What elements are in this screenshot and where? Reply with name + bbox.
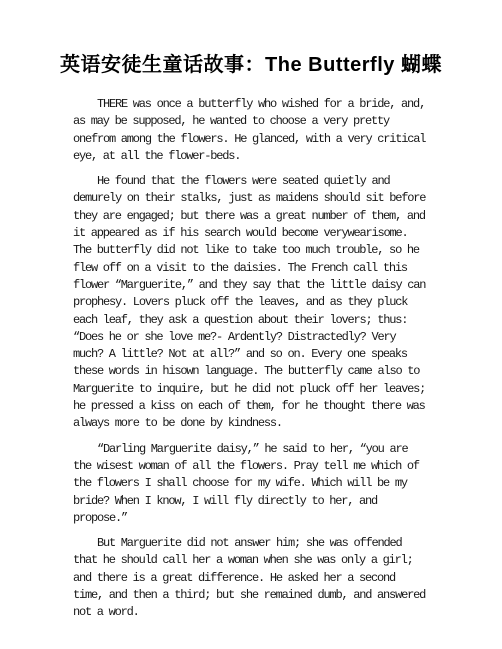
story-paragraph-2: He found that the flowers were seated qu… <box>73 173 429 432</box>
page-title: 英语安徒生童话故事：The Butterfly 蝴蝶 <box>33 50 469 80</box>
story-paragraph-1: THERE was once a butterfly who wished fo… <box>73 96 429 165</box>
story-paragraph-3: “Darling Marguerite daisy,” he said to h… <box>73 441 429 527</box>
story-paragraph-4: But Marguerite did not answer him; she w… <box>73 535 429 621</box>
document-page: 英语安徒生童话故事：The Butterfly 蝴蝶 THERE was onc… <box>73 0 429 622</box>
